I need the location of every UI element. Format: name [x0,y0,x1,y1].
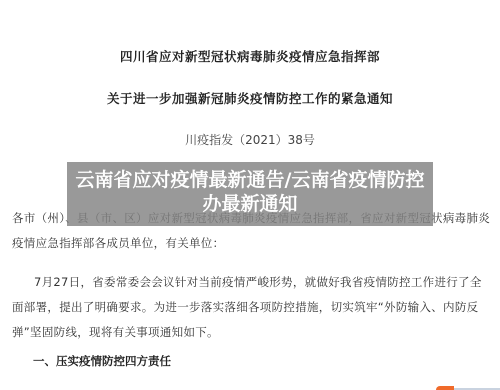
corner-decoration [436,386,500,390]
body-paragraph: 7月27日，省委常委会会议针对当前疫情严峻形势，就做好我省疫情防控工作进行了全面… [12,270,492,345]
issuer-heading: 四川省应对新型冠状病毒肺炎疫情应急指挥部 [0,47,500,65]
headline-overlay: 云南省应对疫情最新通告/云南省疫情防控办最新通知 [67,162,433,226]
section-heading: 一、压实疫情防控四方责任 [33,353,171,369]
document-number: 川疫指发（2021）38号 [0,131,500,148]
notice-title: 关于进一步加强新冠肺炎疫情防控工作的紧急通知 [0,89,500,107]
corner-accent-shape [436,386,454,390]
